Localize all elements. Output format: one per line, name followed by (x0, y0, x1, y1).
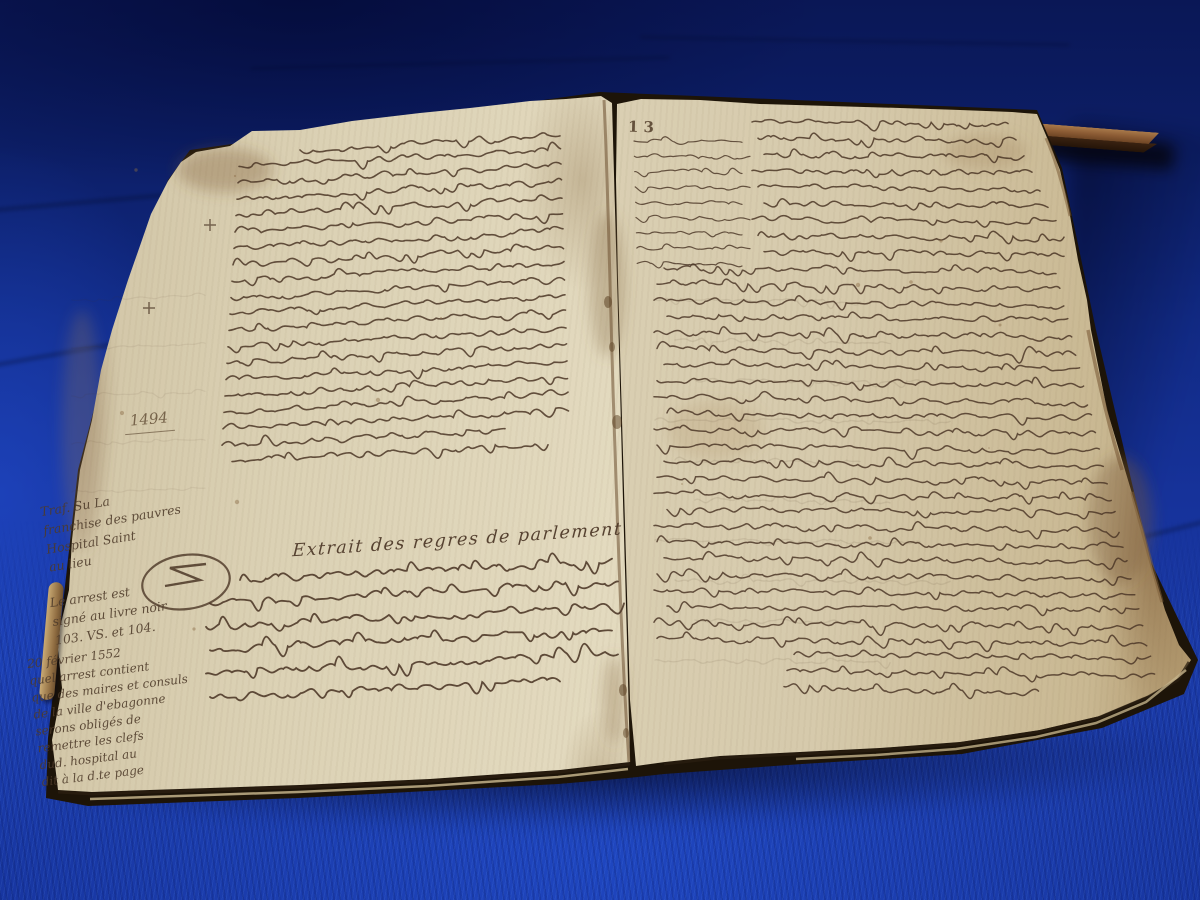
foxing-spot (235, 500, 239, 504)
handwritten-line (636, 215, 750, 222)
handwritten-line (657, 472, 1107, 489)
handwritten-line (667, 507, 1115, 519)
handwritten-line (210, 678, 560, 701)
handwritten-line (654, 522, 1119, 539)
foxing-spot (376, 398, 380, 402)
handwritten-line (784, 684, 1039, 699)
manuscript-photo: 13 1494 Extrait des regres de parlement … (0, 0, 1200, 900)
folio-number: 13 (628, 116, 659, 139)
foxing-spot (440, 317, 442, 319)
handwritten-line (654, 490, 1111, 504)
foxing-spot (988, 447, 990, 449)
handwritten-line (764, 199, 1048, 210)
handwritten-line (222, 429, 505, 446)
foxing-spot (909, 280, 913, 284)
handwritten-line (655, 298, 860, 308)
handwritten-line (752, 216, 1056, 227)
margin-note-dated: 20 février 1552quel arrest contientque d… (26, 637, 199, 791)
handwritten-line (758, 184, 1040, 193)
handwritten-line (667, 312, 1068, 322)
foxing-spot (868, 536, 872, 540)
handwritten-line (206, 603, 624, 630)
handwritten-line (667, 602, 1139, 616)
handwritten-line (210, 629, 612, 657)
handwritten-line (637, 244, 750, 250)
handwritten-line (654, 587, 1135, 599)
handwritten-line (664, 552, 1127, 570)
handwritten-line (232, 262, 564, 286)
handwritten-line (664, 457, 1103, 469)
handwritten-line (226, 361, 567, 380)
year-margin-note: 1494 (123, 406, 175, 435)
handwritten-line (635, 168, 742, 176)
handwritten-line (237, 178, 562, 200)
handwritten-line (229, 310, 566, 331)
handwritten-line (225, 377, 568, 396)
foxing-spot (939, 239, 942, 242)
foxing-spot (681, 483, 683, 485)
handwritten-line (654, 327, 1072, 344)
handwritten-line (655, 658, 890, 668)
handwritten-line (236, 195, 562, 217)
handwritten-line (764, 250, 1064, 262)
foxing-spot (192, 627, 195, 630)
handwritten-line (657, 342, 1076, 363)
foxing-spot (856, 283, 860, 287)
handwritten-line (787, 666, 1155, 682)
foxing-spot (234, 175, 236, 177)
handwritten-line (758, 231, 1064, 244)
margin-cross-marks (143, 219, 216, 314)
handwritten-line (664, 264, 1056, 276)
handwritten-line (206, 644, 618, 678)
handwritten-line (634, 154, 750, 159)
handwritten-line (224, 390, 568, 414)
handwritten-line (239, 142, 561, 169)
foxing-spot (134, 168, 137, 171)
handwritten-line (636, 231, 742, 236)
handwritten-line (654, 617, 1143, 636)
handwritten-line (210, 581, 618, 611)
foxing-spot (999, 324, 1002, 327)
handwritten-line (72, 293, 205, 301)
handwritten-line (635, 186, 750, 193)
handwritten-line (752, 169, 1032, 178)
handwritten-line (752, 119, 1008, 131)
handwritten-line (657, 569, 1131, 585)
handwritten-line (636, 201, 742, 205)
handwritten-line (300, 133, 560, 154)
handwritten-line (233, 244, 564, 266)
handwritten-line (675, 338, 890, 346)
handwritten-line (235, 214, 563, 233)
handwritten-line (232, 444, 548, 462)
